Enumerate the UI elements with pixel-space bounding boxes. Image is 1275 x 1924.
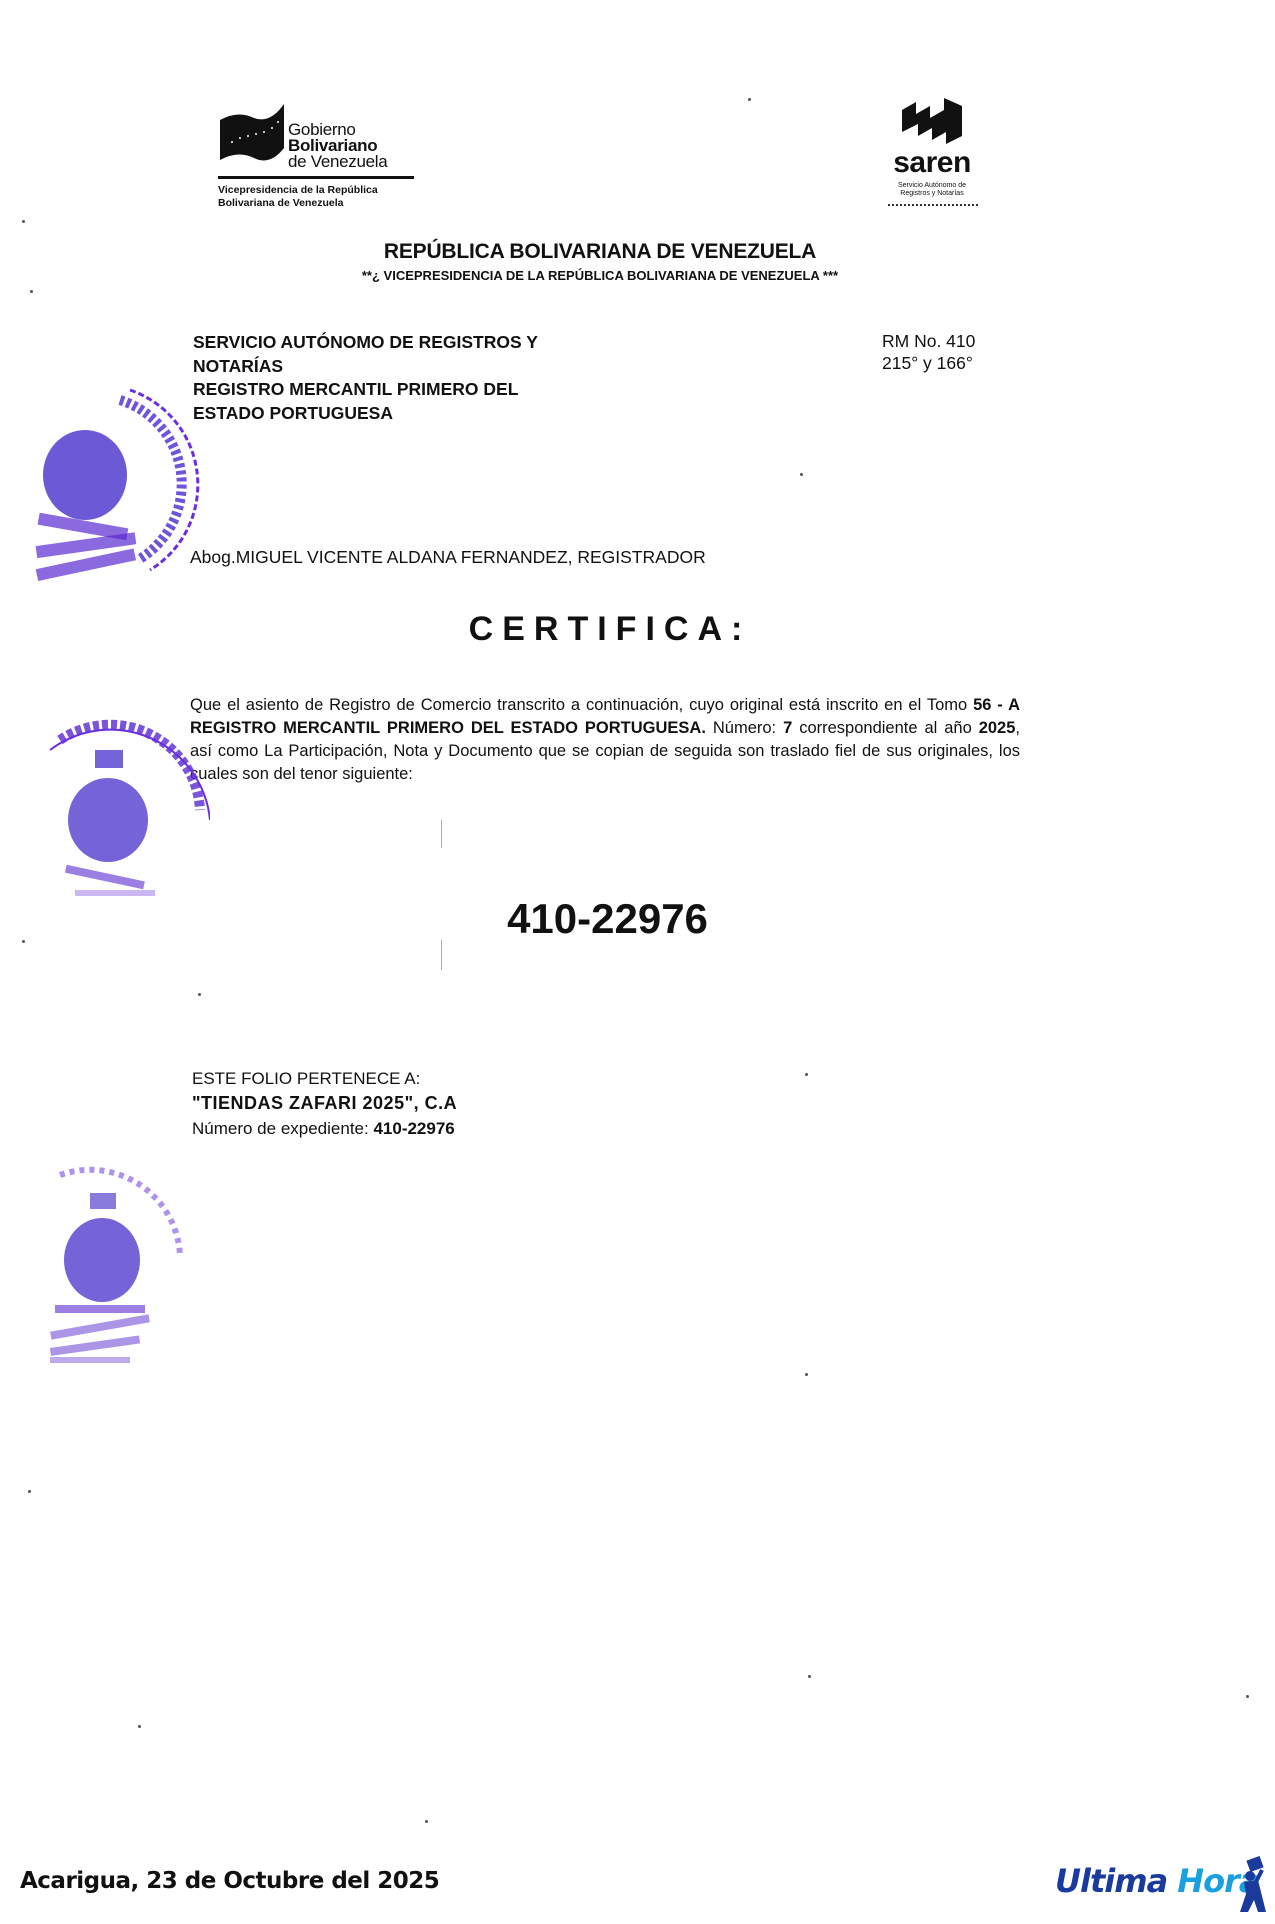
registrar-name: Abog.MIGUEL VICENTE ALDANA FERNANDEZ, RE… [190, 547, 706, 568]
scan-speck [30, 290, 33, 293]
registry-reference: RM No. 410 215° y 166° [882, 330, 975, 374]
saren-sub2: Registros y Notarías [880, 190, 984, 198]
folio-block: ESTE FOLIO PERTENECE A: "TIENDAS ZAFARI … [192, 1066, 457, 1141]
office-line: SERVICIO AUTÓNOMO DE REGISTROS Y [193, 331, 613, 355]
gobierno-bolivariano-logo: Gobierno Bolivariano de Venezuela Vicepr… [218, 98, 418, 218]
years-reference: 215° y 166° [882, 352, 975, 374]
scan-speck [198, 993, 201, 996]
official-stamp-icon [30, 370, 200, 590]
certification-paragraph: Que el asiento de Registro de Comercio t… [190, 694, 1020, 786]
year: 2025 [979, 719, 1016, 737]
folio-label: ESTE FOLIO PERTENECE A: [192, 1066, 457, 1091]
logo-divider [218, 176, 414, 179]
office-line: ESTADO PORTUGUESA [193, 402, 613, 426]
scan-speck [28, 1490, 31, 1493]
office-line: REGISTRO MERCANTIL PRIMERO DEL [193, 378, 613, 402]
scan-speck [805, 1073, 808, 1076]
numero: 7 [783, 719, 792, 737]
ultima-hora-figure-icon [1236, 1856, 1272, 1914]
official-stamp-icon [40, 1155, 210, 1375]
company-name: "TIENDAS ZAFARI 2025", C.A [192, 1091, 457, 1116]
gobierno-line3: de Venezuela [288, 154, 387, 170]
office-name: SERVICIO AUTÓNOMO DE REGISTROS Y NOTARÍA… [193, 331, 613, 425]
footer-date: Acarigua, 23 de Octubre del 2025 [20, 1868, 439, 1894]
scan-speck [1246, 1695, 1249, 1698]
saren-wordmark: saren [880, 148, 984, 178]
scan-speck [748, 98, 751, 101]
scan-mark [441, 940, 442, 970]
gobierno-sub2: Bolivariana de Venezuela [218, 197, 378, 210]
saren-logo: saren Servicio Autónomo de Registros y N… [880, 96, 990, 216]
scan-speck [805, 1373, 808, 1376]
certifica-heading: CERTIFICA: [0, 610, 1220, 649]
saren-mark-icon [900, 96, 964, 148]
scan-speck [22, 940, 25, 943]
document-subtitle: **¿ VICEPRESIDENCIA DE LA REPÚBLICA BOLI… [0, 268, 1200, 283]
scan-speck [138, 1725, 141, 1728]
rm-number: RM No. 410 [882, 330, 975, 352]
scan-speck [22, 220, 25, 223]
office-line: NOTARÍAS [193, 355, 613, 379]
venezuela-flag-icon [218, 100, 286, 164]
saren-dotted-rule [888, 204, 978, 206]
gobierno-sub1: Vicepresidencia de la República [218, 184, 378, 197]
ultima-hora-logo: Ultima Hora [1055, 1862, 1259, 1900]
document-title: REPÚBLICA BOLIVARIANA DE VENEZUELA [0, 240, 1200, 264]
scan-speck [800, 473, 803, 476]
scan-mark [441, 820, 442, 848]
scan-speck [808, 1675, 811, 1678]
saren-sub1: Servicio Autónomo de [880, 182, 984, 190]
official-stamp-icon [40, 690, 210, 910]
scan-speck [425, 1820, 428, 1823]
expediente: Número de expediente: 410-22976 [192, 1116, 457, 1141]
